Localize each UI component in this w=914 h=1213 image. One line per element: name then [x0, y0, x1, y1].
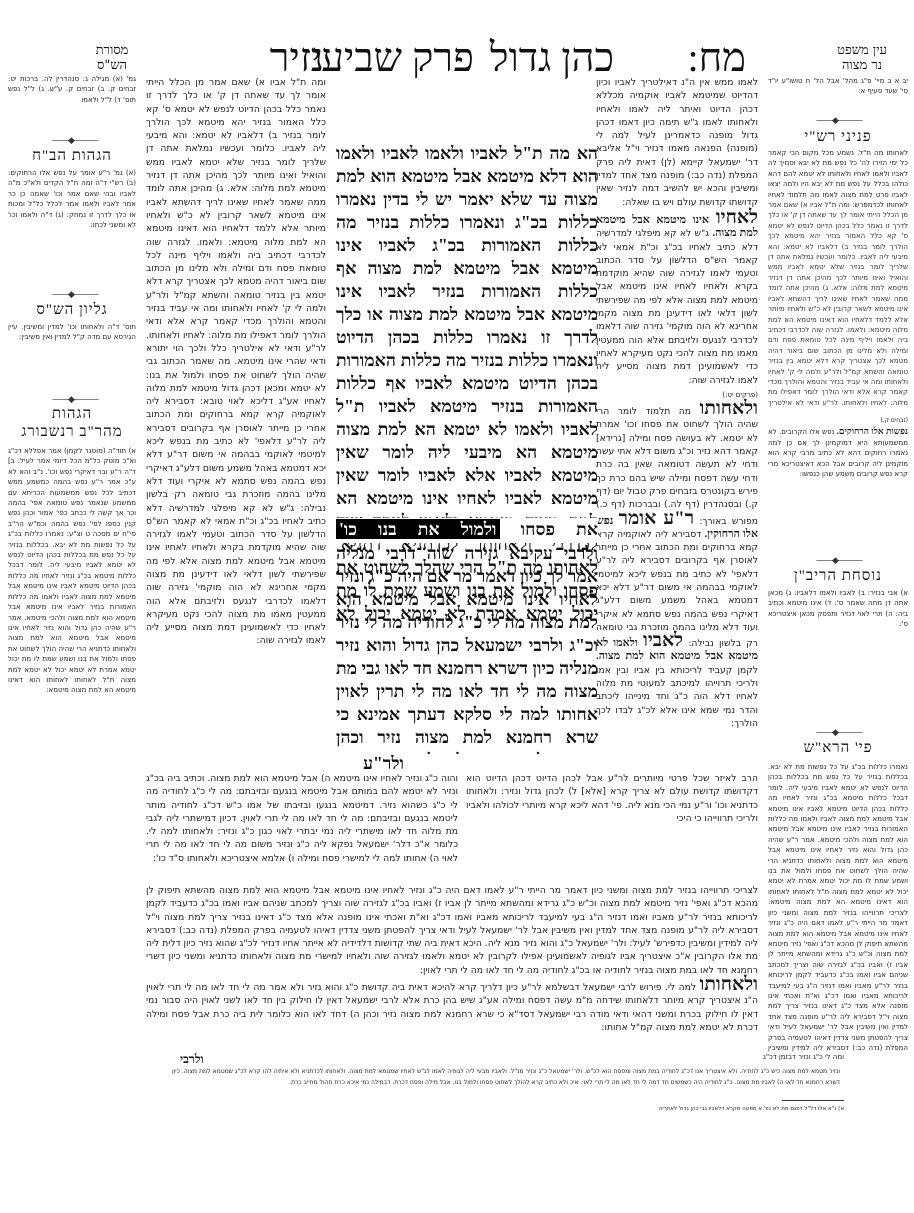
perek-label: פרק שביעי: [311, 36, 474, 80]
riban-title: נוסחת הריב"ן: [768, 566, 908, 586]
ranshburg-body-cont: נאמרו כללות בכ"ג על כל נפשות מת לא יבא. …: [8, 530, 136, 694]
ornament-divider: [794, 728, 884, 738]
closing-word-velerabi: ולרבי: [180, 1052, 204, 1067]
tosafot-text-cont-2: ג"ש לא קא מיפלגי למדרשיה דלא כתיב לאחיו …: [146, 503, 326, 647]
pninei-rashi-title: פניני רש"י: [768, 127, 908, 147]
commentary-end-text: לקמן קעביד לריכותא בין אביו ובין אמו ולר…: [596, 665, 758, 729]
ein-mishpat-entry: יב א ב מיי' פ"ג מהל' אבל הל' ח טושו"ע יו…: [768, 76, 908, 110]
ornament-divider: [794, 116, 884, 126]
dibur-hamatchil-leaviv: לאביו: [643, 630, 683, 651]
dibur-hamatchil-velachoto: ולאחותו: [699, 974, 758, 995]
rosh-text: נאמרו כללות בכ"ג על כל נפשות מת לא יבא. …: [768, 762, 908, 1052]
pninei-rashi-text-2: (זבחים ק.) נפשות אלו הרחוקים. נפש אלו הק…: [768, 416, 908, 548]
gemara-highlight-prefix: את פסחו: [500, 519, 598, 539]
masoret-label: מסורת: [82, 43, 142, 58]
tractate-name: נזיר: [270, 36, 324, 80]
commentary-mid-text: ג"ש לא קא מיפלגי למדרשיה דלא כתיב לאחיו …: [596, 228, 758, 385]
ornament-divider: [30, 136, 120, 146]
ein-mishpat-label: עין משפט: [822, 43, 902, 58]
ranshburg-subtitle: מהר"ב רנשבורג: [8, 422, 136, 442]
lower-commentary-left: והוה כ"ג ונזיר לאחיו אינו מיטמא ה) אבל מ…: [146, 772, 458, 880]
hashas-label: הש"ס: [82, 58, 142, 73]
chapter-name: כהן גדול: [490, 36, 614, 80]
ornament-divider: [30, 290, 120, 300]
footnote-text: א) נ"א אלו דל"ל דפגם מת לא נפ' א מפטה מק…: [644, 1104, 844, 1114]
gemara-main-text-bottom: ולרבי עקיבא גזירה שוה דרבי מנליה אמר לך …: [336, 542, 598, 754]
bach-text: (א) גמ' ר"ע אומר על נפש אלו הרחוקים: (ב)…: [8, 168, 136, 276]
velachoto-text: למה לי. פירוש לרבי ישמעאל דבשלמא לר"ע כי…: [146, 982, 758, 1033]
footnote-divider: [782, 1100, 844, 1101]
commentary-dibur-achoto: ולאחותו מה תלמוד לומר הרי שהיה הולך לשחו…: [596, 402, 758, 730]
ranshburg-title: הגהות: [8, 404, 136, 424]
gemara-highlight-line: את פסחו ולמול את בנו כו': [336, 518, 598, 543]
ranshburg-body: א) תוד"ה (מוסגר לקמן) אמר אפללא דכ"ג וא"…: [8, 447, 136, 538]
last-line-right: ומה לי כ"ג ונזיר דבזמן דכ"ג: [724, 1052, 844, 1064]
tosafot-text-cont: דסבירא ליה לאוקמיה קרא קמא ברחוקים ומת ה…: [146, 396, 326, 513]
inner-commentary-left: ומה ת"ל אביו א) שאם אמר מן הכלל הייתי או…: [146, 76, 326, 760]
pninei-rashi-source: (זבחים ק.): [768, 416, 908, 426]
rosh-title: פי' הרא"ש: [768, 738, 908, 758]
ornament-divider: [794, 556, 884, 566]
gilyon-hashas-text: תוס' ד"ה ולאחותו וכו' למדין ומשיבין. עיי…: [8, 322, 136, 386]
dibur-hamatchil-achoto: ולאחותו: [700, 398, 759, 419]
ranshburg-text: א) תוד"ה (מוסגר לקמן) אמר אפללא דכ"ג וא"…: [8, 446, 136, 826]
masoret-hashas-header: מסורת הש"ס: [82, 43, 142, 73]
pninei-rashi-dibur: נפשות אלו הרחוקים.: [837, 426, 908, 436]
highlighted-phrase[interactable]: ולמול את בנו כו': [336, 519, 500, 539]
ein-mishpat-header: עין משפט נר מצוה: [822, 43, 902, 73]
ner-mitzvah-label: נר מצוה: [822, 58, 902, 73]
dibur-hamatchil-ra: ר"ע אומר: [619, 508, 694, 529]
riban-text: א) אבי בנזיר: ב) לאביו ולאמו דלאביו: ג) …: [768, 588, 908, 636]
pninei-rashi-text: לאחותו מה ת"ל. נשמע מכל מקום הכי קאמר כל…: [768, 148, 908, 410]
masoret-entries: גמ' (א) מגילה ג: סנהדרין לה. ברכות יט: ז…: [8, 74, 136, 126]
daf-number: מח:: [688, 36, 747, 80]
commentary-top-text: לאמו ממש אין ה"נ דאילטריך לאביו וכיון דה…: [596, 77, 758, 208]
rosh-body-cont: לצריכי תרווייהו בנזיר למת מצוה ומשני כיו…: [768, 909, 908, 1052]
lower-commentary-full-text: לצריכי תרווייהו בנזיר למת מצוה ומשני כיו…: [146, 885, 758, 976]
bach-title: הגהות הב"ח: [8, 146, 136, 166]
pninei-rashi-body-repeat: ומה ת"ל אביו א) שאם אמר מן הכלל הייתי או…: [768, 201, 908, 410]
dibur-hamatchil-achiv: לאחיו: [716, 207, 758, 228]
inner-commentary-right: לאמו ממש אין ה"נ דאילטריך לאביו וכיון דה…: [596, 76, 758, 776]
lower-commentary-velachoto: ולאחותו למה לי. פירוש לרבי ישמעאל דבשלמא…: [146, 978, 758, 1034]
rosh-body: נאמרו כללות בכ"ג על כל נפשות מת לא יבא. …: [768, 763, 908, 906]
commentary-dibur-achiv: לאחיו אינו מיטמא אבל מיטמא למת מצוה. ג"ש…: [596, 211, 758, 387]
bottom-full-lines: ונזיר מטמא למת מצוה כיש כ"ג לחודיה. ולא …: [172, 1066, 840, 1090]
lower-commentary-right: הרב לאיזר שכל פרטי מיותרים לר"ע אבל לכהן…: [466, 772, 758, 880]
tosafot-text: ומה ת"ל אביו א) שאם אמר מן הכלל הייתי או…: [146, 77, 326, 407]
gemara-text-bottom: ולרבי עקיבא גזירה שוה דרבי מנליה אמר לך …: [336, 543, 598, 754]
lower-commentary-full: לצריכי תרווייהו בנזיר למת מצוה ומשני כיו…: [146, 884, 758, 1036]
gilyon-hashas-title: גליון הש"ס: [8, 300, 136, 320]
